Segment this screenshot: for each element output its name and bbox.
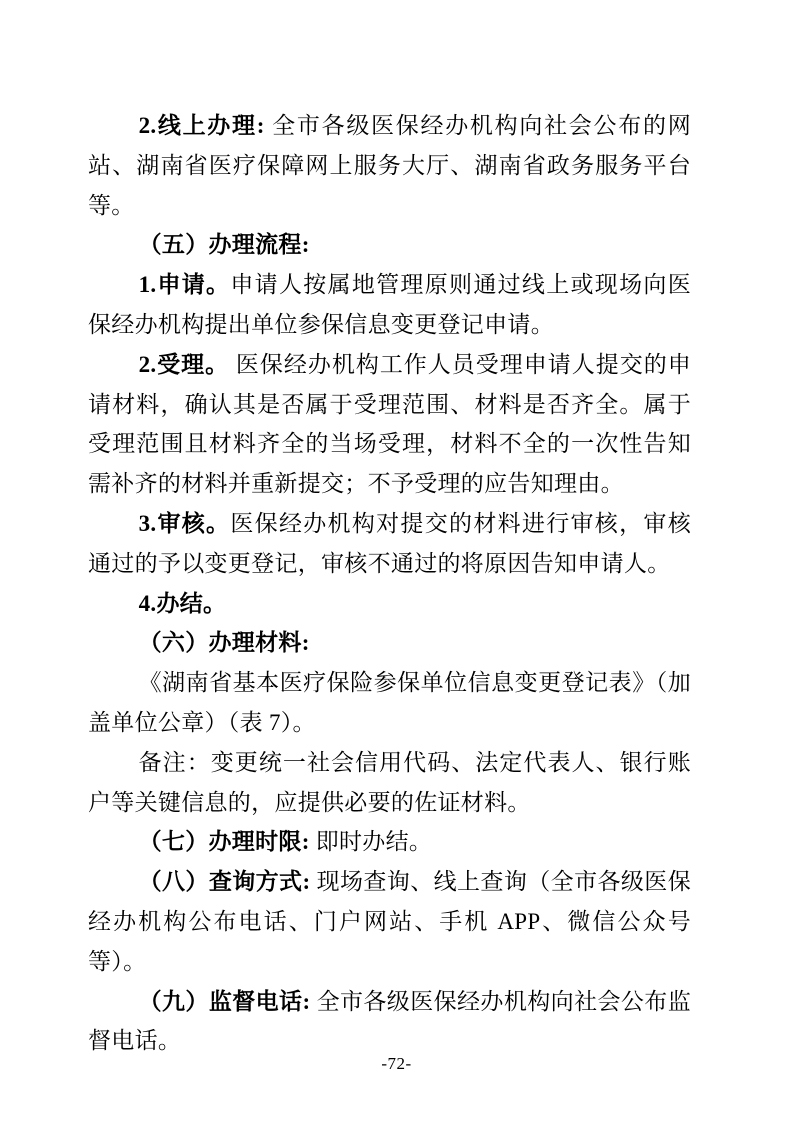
heading-materials: （六）办理材料:: [88, 623, 691, 663]
document-page: 2.线上办理: 全市各级医保经办机构向社会公布的网站、湖南省医疗保障网上服务大厅…: [0, 0, 793, 1122]
para-query-method: （八）查询方式: 现场查询、线上查询（全市各级医保经办机构公布电话、门户网站、手…: [88, 862, 691, 981]
page-number: -72-: [0, 1053, 793, 1075]
para-material-note: 备注：变更统一社会信用代码、法定代表人、银行账户等关键信息的，应提供必要的佐证材…: [88, 743, 691, 823]
para-step-complete-lead: 4.办结。: [139, 591, 227, 616]
para-step-apply-lead: 1.申请。: [139, 272, 231, 297]
heading-processing-flow-label: （五）办理流程:: [139, 232, 310, 257]
para-online-channel: 2.线上办理: 全市各级医保经办机构向社会公布的网站、湖南省医疗保障网上服务大厅…: [88, 106, 691, 225]
para-online-channel-lead: 2.线上办理:: [139, 113, 265, 138]
para-supervision-phone-lead: （九）监督电话:: [139, 989, 311, 1014]
para-supervision-phone: （九）监督电话: 全市各级医保经办机构向社会公布监督电话。: [88, 982, 691, 1062]
heading-processing-flow: （五）办理流程:: [88, 225, 691, 265]
document-body: 2.线上办理: 全市各级医保经办机构向社会公布的网站、湖南省医疗保障网上服务大厅…: [88, 106, 691, 1061]
para-material-form: 《湖南省基本医疗保险参保单位信息变更登记表》（加盖单位公章）（表 7）。: [88, 663, 691, 743]
para-step-accept: 2.受理。 医保经办机构工作人员受理申请人提交的申请材料，确认其是否属于受理范围…: [88, 345, 691, 504]
heading-materials-label: （六）办理材料:: [139, 630, 310, 655]
para-material-note-text: 备注：变更统一社会信用代码、法定代表人、银行账户等关键信息的，应提供必要的佐证材…: [88, 750, 691, 815]
para-time-limit-text: 即时办结。: [310, 829, 433, 854]
para-time-limit: （七）办理时限: 即时办结。: [88, 822, 691, 862]
para-step-review: 3.审核。医保经办机构对提交的材料进行审核，审核通过的予以变更登记，审核不通过的…: [88, 504, 691, 584]
para-step-apply: 1.申请。申请人按属地管理原则通过线上或现场向医保经办机构提出单位参保信息变更登…: [88, 265, 691, 345]
para-material-form-text: 《湖南省基本医疗保险参保单位信息变更登记表》（加盖单位公章）（表 7）。: [88, 670, 691, 735]
para-query-method-lead: （八）查询方式:: [139, 869, 311, 894]
para-step-review-lead: 3.审核。: [139, 511, 231, 536]
para-step-accept-lead: 2.受理。: [139, 352, 230, 377]
para-step-complete: 4.办结。: [88, 584, 691, 624]
para-time-limit-lead: （七）办理时限:: [139, 829, 310, 854]
